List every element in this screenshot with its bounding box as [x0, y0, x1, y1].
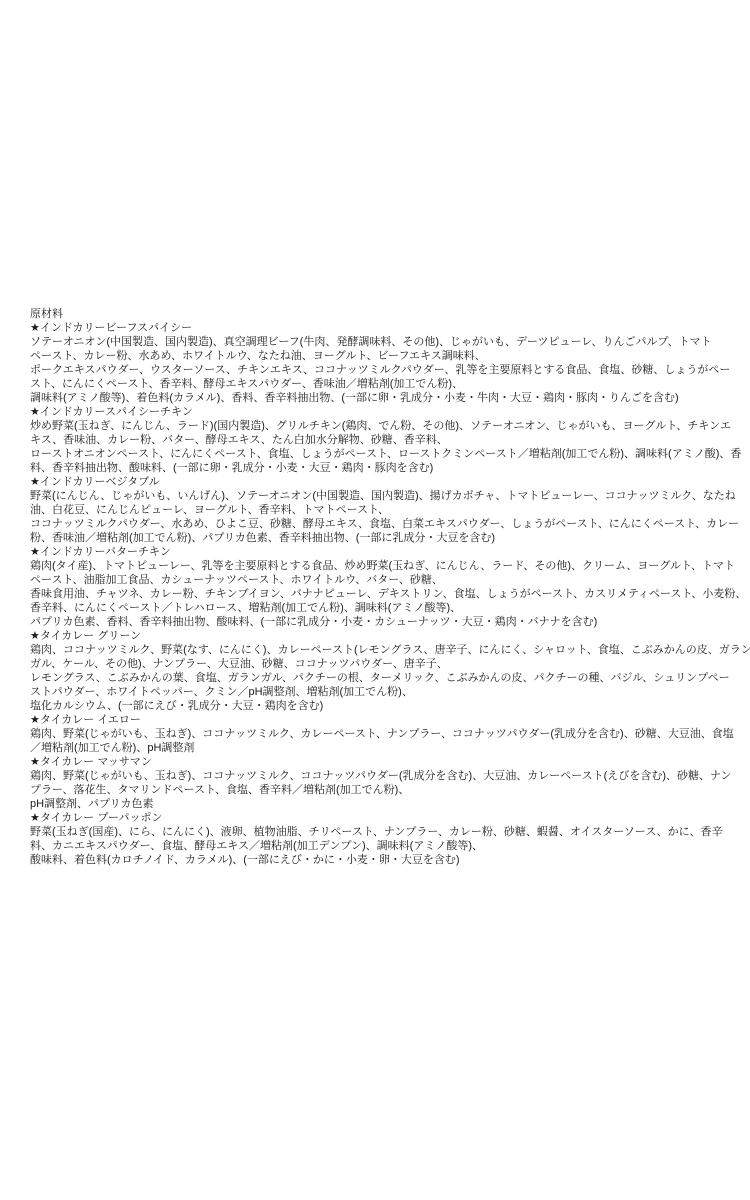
ingredient-line: 料、カニエキスパウダー、食塩、酵母エキス／増粘剤(加工デンプン)、調味料(アミノ… [30, 839, 730, 853]
ingredient-line: ／増粘剤(加工でん粉)、pH調整剤 [30, 741, 730, 755]
ingredient-line: スト、にんにくペースト、香辛料、酵母エキスパウダー、香味油／増粘剤(加工でん粉)… [30, 377, 730, 391]
ingredient-line: 野菜(にんじん、じゃがいも、いんげん)、ソテーオニオン(中国製造、国内製造)、揚… [30, 489, 730, 503]
ingredient-line: ローストオニオンペースト、にんにくペースト、食塩、しょうがペースト、ローストクミ… [30, 447, 730, 461]
ingredient-line: ココナッツミルクパウダー、水あめ、ひよこ豆、砂糖、酵母エキス、食塩、白菜エキスパ… [30, 517, 730, 531]
ingredient-line: 鶏肉、野菜(じゃがいも、玉ねぎ)、ココナッツミルク、ココナッツパウダー(乳成分を… [30, 769, 730, 783]
ingredient-line: ストパウダー、ホワイトペッパー、クミン／pH調整剤、増粘剤(加工でん粉)、 [30, 685, 730, 699]
ingredient-line: プラー、落花生、タマリンドペースト、食塩、香辛料／増粘剤(加工でん粉)、 [30, 783, 730, 797]
ingredient-line: 香辛料、にんにくペースト／トレハロース、増粘剤(加工でん粉)、調味料(アミノ酸等… [30, 601, 730, 615]
ingredient-line: 酸味料、着色料(カロチノイド、カラメル)、(一部にえび・かに・小麦・卵・大豆を含… [30, 853, 730, 867]
ingredient-line: pH調整剤、パプリカ色素 [30, 797, 730, 811]
ingredient-line: パプリカ色素、香料、香辛料抽出物、酸味料、(一部に乳成分・小麦・カシューナッツ・… [30, 615, 730, 629]
ingredient-line: 鶏肉、野菜(じゃがいも、玉ねぎ)、ココナッツミルク、カレーペースト、ナンプラー、… [30, 727, 730, 741]
section-heading-thai-poo-phat-pong: ★タイカレー プーパッポン [30, 811, 730, 825]
ingredient-line: 塩化カルシウム、(一部にえび・乳成分・大豆・鶏肉を含む) [30, 699, 730, 713]
section-heading-thai-massaman: ★タイカレー マッサマン [30, 755, 730, 769]
section-heading-thai-yellow: ★タイカレー イエロー [30, 713, 730, 727]
section-heading-spicy-chicken: ★インドカリースパイシーチキン [30, 405, 730, 419]
ingredient-line: レモングラス、こぶみかんの葉、食塩、ガランガル、パクチーの根、ターメリック、こぶ… [30, 671, 730, 685]
ingredient-line: 野菜(玉ねぎ(国産)、にら、にんにく)、液卵、植物油脂、チリペースト、ナンプラー… [30, 825, 730, 839]
page-title: 原材料 [30, 307, 730, 321]
section-heading-butter-chicken: ★インドカリーバターチキン [30, 545, 730, 559]
ingredient-line: 鶏肉(タイ産)、トマトピューレー、乳等を主要原料とする食品、炒め野菜(玉ねぎ、に… [30, 559, 730, 573]
section-heading-thai-green: ★タイカレー グリーン [30, 629, 730, 643]
ingredient-line: ソテーオニオン(中国製造、国内製造)、真空調理ビーフ(牛肉、発酵調味料、その他)… [30, 335, 730, 349]
ingredient-line: ペースト、カレー粉、水あめ、ホワイトルウ、なたね油、ヨーグルト、ビーフエキス調味… [30, 349, 730, 363]
ingredient-line: キス、香味油、カレー粉、バター、酵母エキス、たん白加水分解物、砂糖、香辛料、 [30, 433, 730, 447]
ingredient-line: 油、白花豆、にんじんピューレ、ヨーグルト、香辛料、トマトペースト、 [30, 503, 730, 517]
ingredient-line: ペースト、油脂加工食品、カシューナッツペースト、ホワイトルウ、バター、砂糖、 [30, 573, 730, 587]
ingredient-line: ガル、ケール、その他)、ナンプラー、大豆油、砂糖、ココナッツパウダー、唐辛子、 [30, 657, 730, 671]
section-heading-beef-spicy: ★インドカリービーフスパイシー [30, 321, 730, 335]
section-heading-vegetable: ★インドカリーベジタブル [30, 475, 730, 489]
ingredient-line: 粉、香味油／増粘剤(加工でん粉)、パプリカ色素、香辛料抽出物、(一部に乳成分・大… [30, 531, 730, 545]
ingredient-line: ポークエキスパウダー、ウスターソース、チキンエキス、ココナッツミルクパウダー、乳… [30, 363, 730, 377]
ingredient-line: 調味料(アミノ酸等)、着色料(カラメル)、香料、香辛料抽出物、(一部に卵・乳成分… [30, 391, 730, 405]
ingredient-line: 炒め野菜(玉ねぎ、にんじん、ラード)(国内製造)、グリルチキン(鶏肉、でん粉、そ… [30, 419, 730, 433]
ingredient-line: 香味食用油、チャツネ、カレー粉、チキンブイヨン、バナナピューレ、デキストリン、食… [30, 587, 730, 601]
ingredient-line: 鶏肉、ココナッツミルク、野菜(なす、にんにく)、カレーペースト(レモングラス、唐… [30, 643, 730, 657]
ingredient-line: 料、香辛料抽出物、酸味料、(一部に卵・乳成分・小麦・大豆・鶏肉・豚肉を含む) [30, 461, 730, 475]
ingredients-document: 原材料 ★インドカリービーフスパイシー ソテーオニオン(中国製造、国内製造)、真… [30, 307, 730, 867]
